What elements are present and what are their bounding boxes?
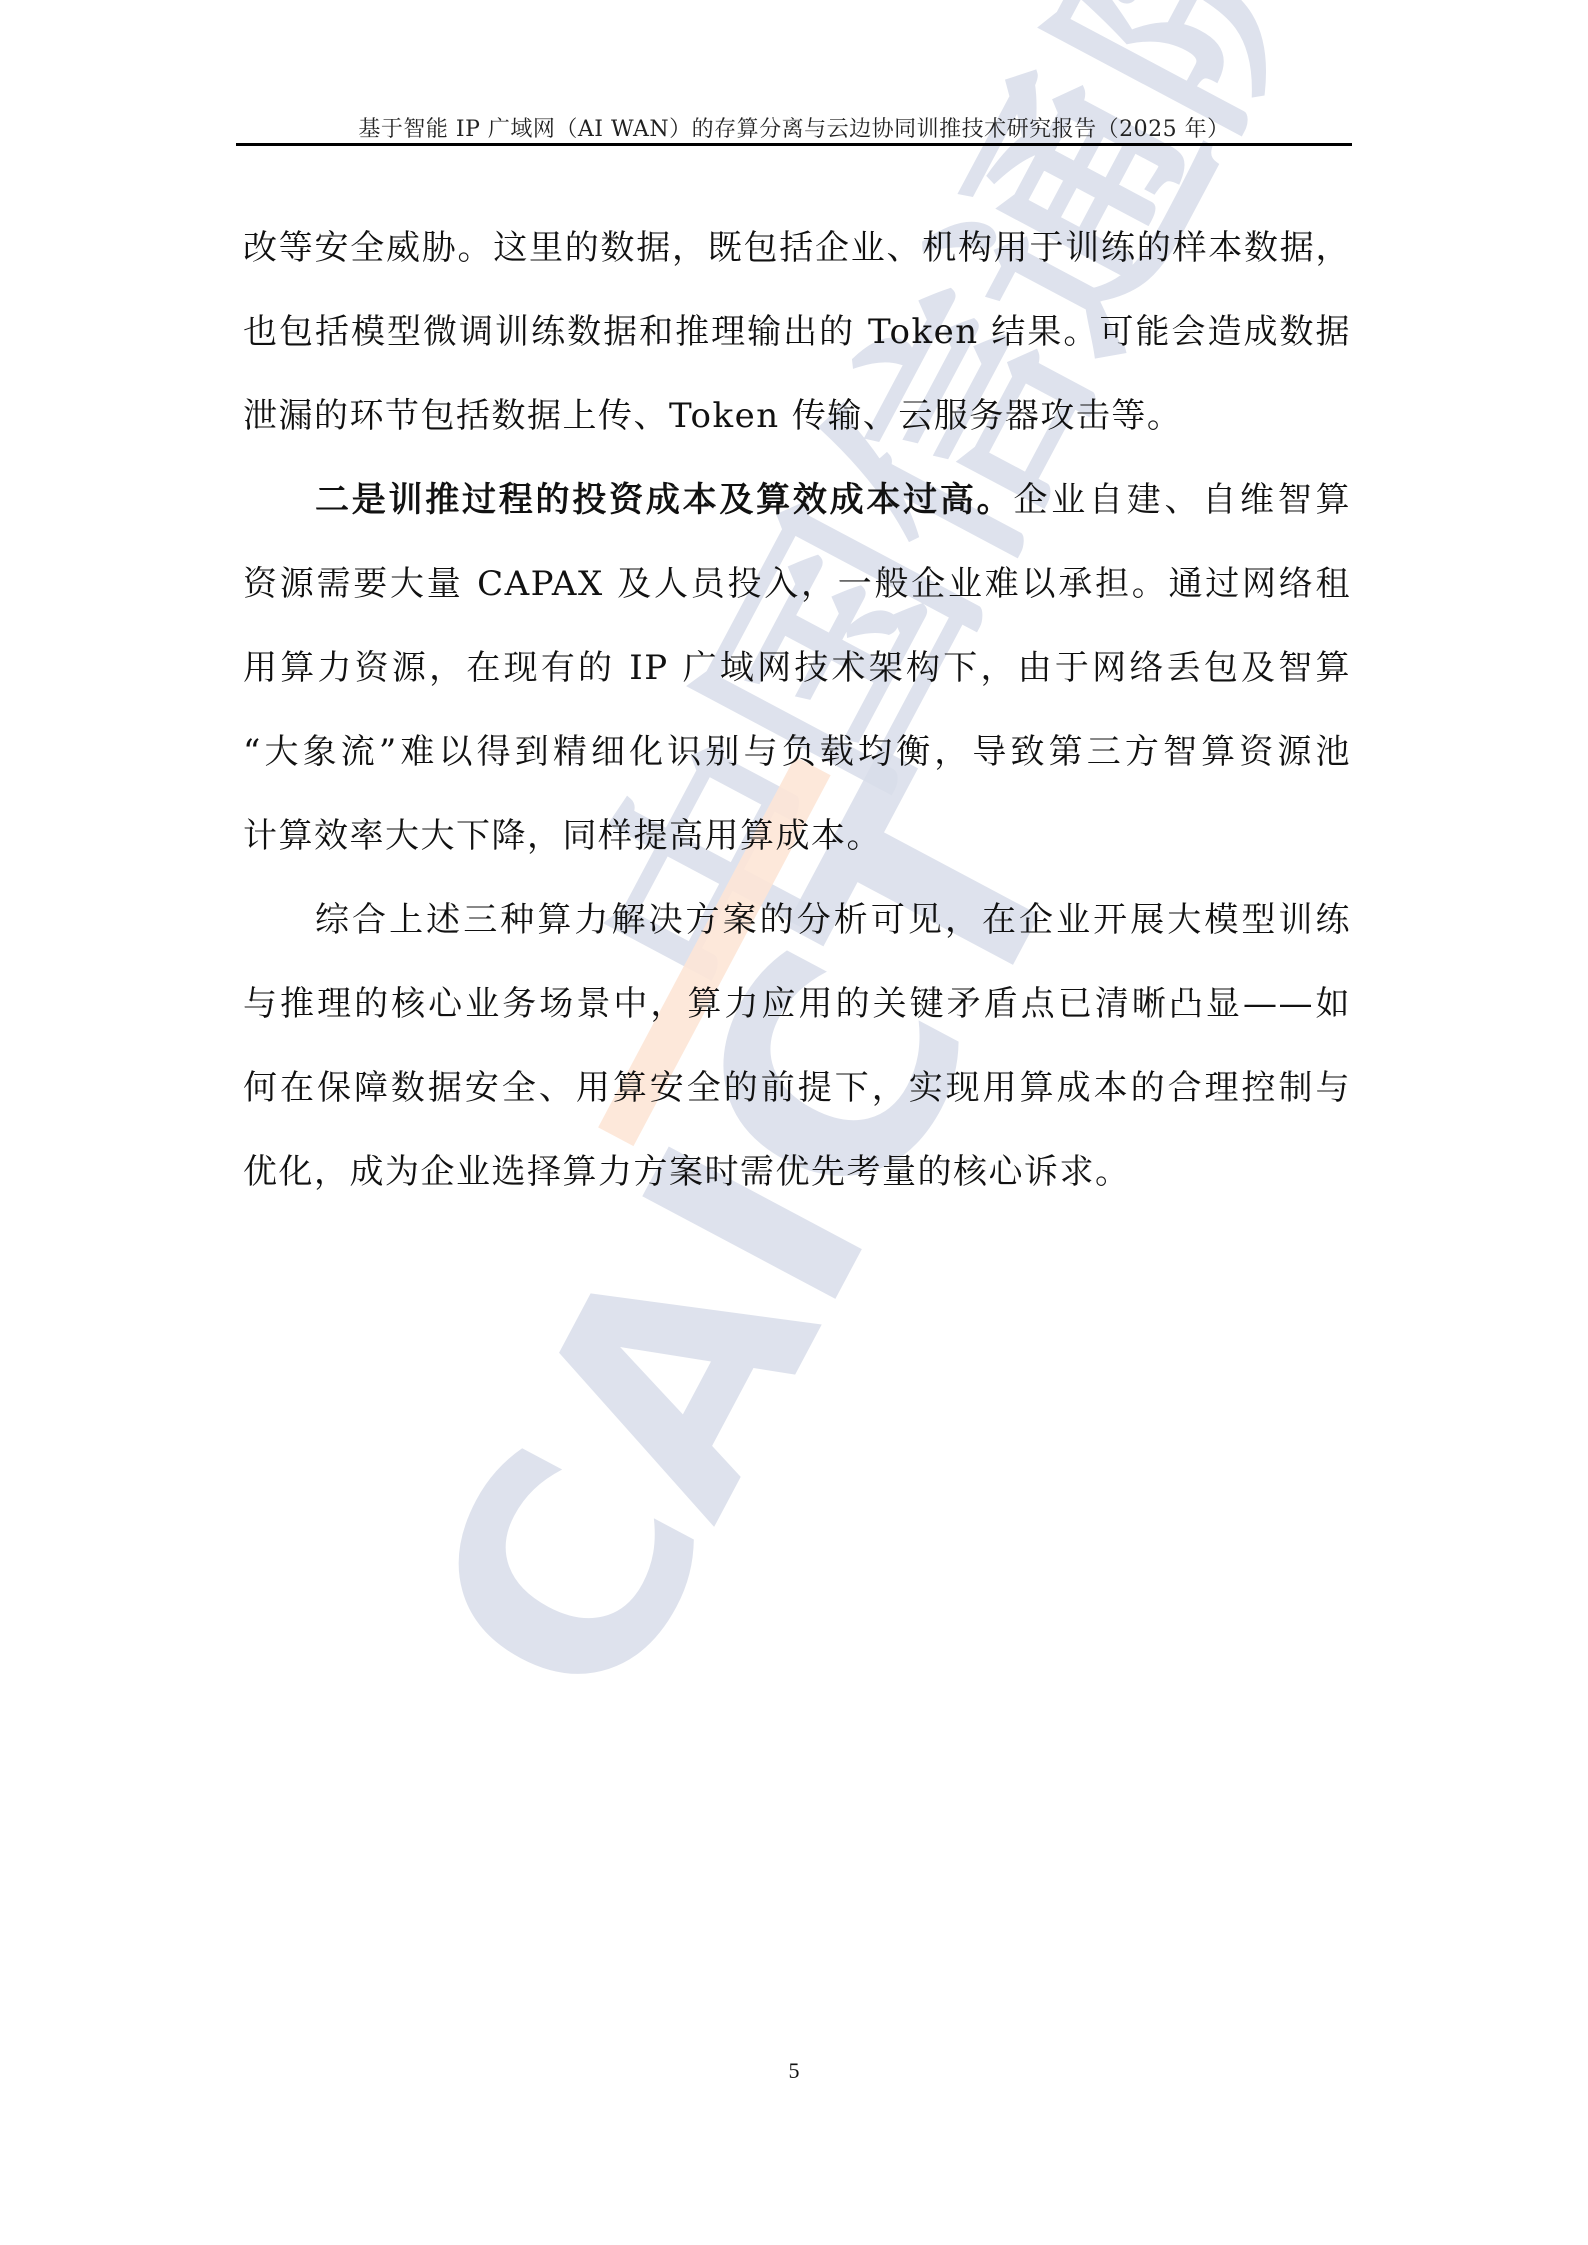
bold-lead-heading: 二是训推过程的投资成本及算效成本过高。 — [315, 480, 1013, 520]
text-line: 资源需要大量 CAPAX 及人员投入，一般企业难以承担。通过网络租 — [243, 542, 1351, 626]
page-number: 5 — [0, 2058, 1588, 2084]
text-line: 优化，成为企业选择算力方案时需优先考量的核心诉求。 — [243, 1130, 1351, 1214]
text-line: 也包括模型微调训练数据和推理输出的 Token 结果。可能会造成数据 — [243, 290, 1351, 374]
text-line: 计算效率大大下降，同样提高用算成本。 — [243, 794, 1351, 878]
text-line: 泄漏的环节包括数据上传、Token 传输、云服务器攻击等。 — [243, 374, 1351, 458]
paragraph-cost: 二是训推过程的投资成本及算效成本过高。企业自建、自维智算 资源需要大量 CAPA… — [243, 458, 1351, 878]
document-page: CAICT 中国信通院 基于智能 IP 广域网（AI WAN）的存算分离与云边协… — [0, 0, 1588, 2245]
paragraph-data-security: 改等安全威胁。这里的数据，既包括企业、机构用于训练的样本数据， 也包括模型微调训… — [243, 206, 1351, 458]
text-line: 与推理的核心业务场景中，算力应用的关键矛盾点已清晰凸显——如 — [243, 962, 1351, 1046]
text-line: 改等安全威胁。这里的数据，既包括企业、机构用于训练的样本数据， — [243, 206, 1351, 290]
text-fragment: 企业自建、自维智算 — [1013, 480, 1351, 520]
text-line: 何在保障数据安全、用算安全的前提下，实现用算成本的合理控制与 — [243, 1046, 1351, 1130]
text-line: 用算力资源，在现有的 IP 广域网技术架构下，由于网络丢包及智算 — [243, 626, 1351, 710]
text-line: 综合上述三种算力解决方案的分析可见，在企业开展大模型训练 — [243, 878, 1351, 962]
text-line: “大象流”难以得到精细化识别与负载均衡，导致第三方智算资源池 — [243, 710, 1351, 794]
text-line: 二是训推过程的投资成本及算效成本过高。企业自建、自维智算 — [243, 458, 1351, 542]
body-content: 改等安全威胁。这里的数据，既包括企业、机构用于训练的样本数据， 也包括模型微调训… — [243, 206, 1351, 1214]
paragraph-summary: 综合上述三种算力解决方案的分析可见，在企业开展大模型训练 与推理的核心业务场景中… — [243, 878, 1351, 1214]
running-header-title: 基于智能 IP 广域网（AI WAN）的存算分离与云边协同训推技术研究报告（20… — [236, 112, 1352, 143]
header-rule — [236, 143, 1352, 146]
